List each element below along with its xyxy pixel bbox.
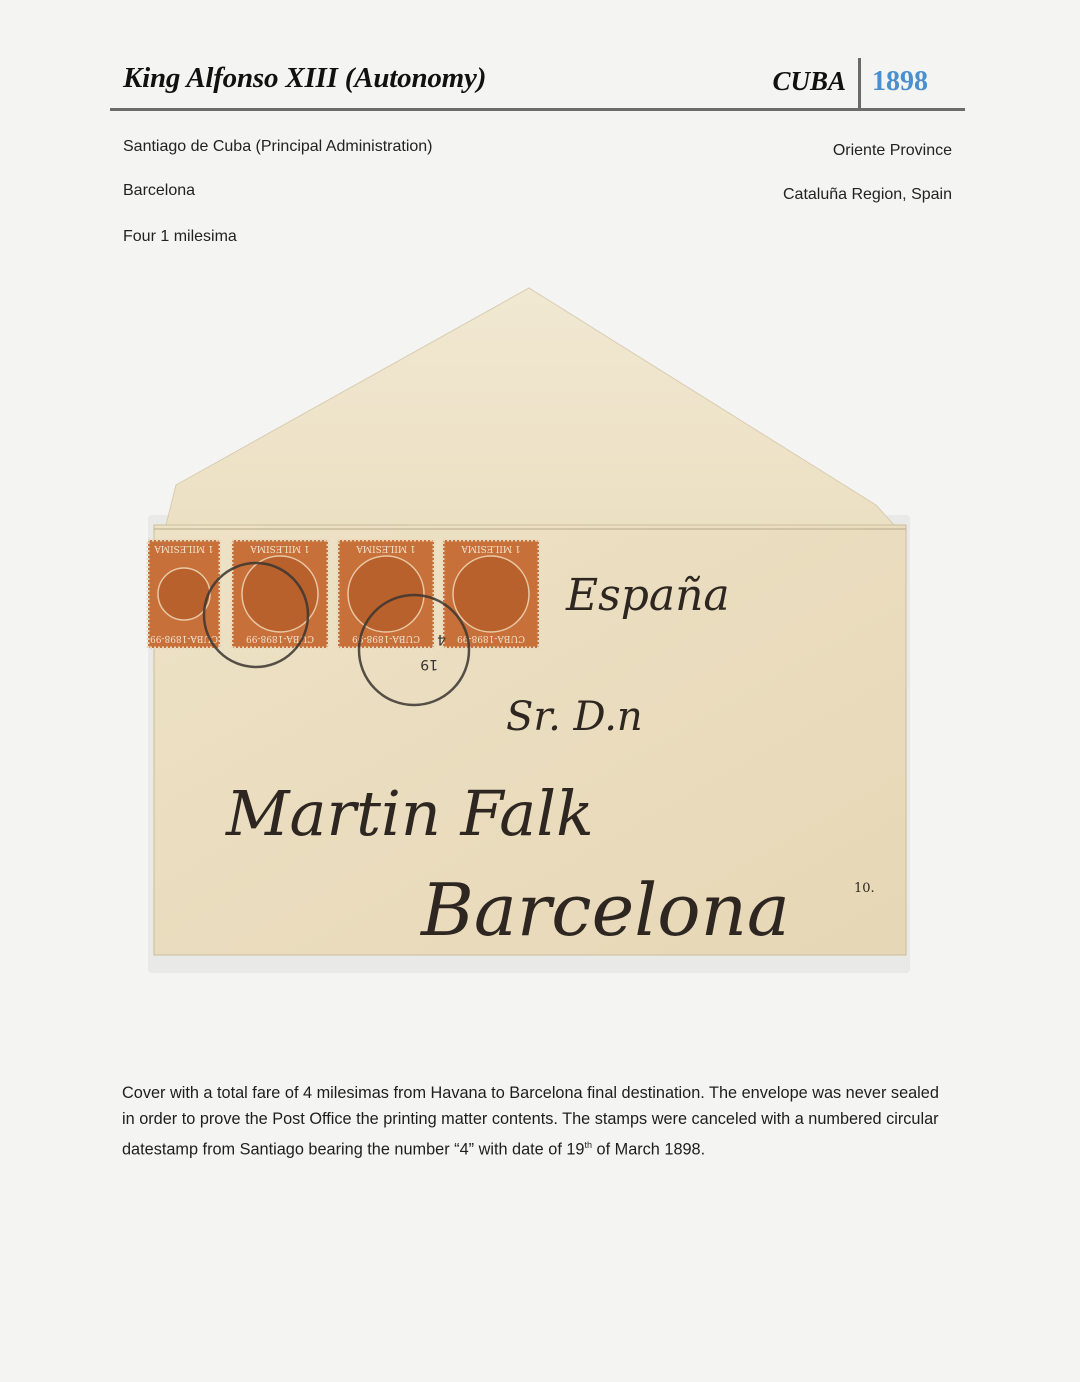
country-label: CUBA (772, 66, 846, 97)
header-divider (858, 58, 861, 110)
envelope-image: 1 MILESIMACUBA-1898-991 MILESIMACUBA-189… (146, 285, 912, 975)
envelope-cover: 1 MILESIMACUBA-1898-991 MILESIMACUBA-189… (146, 285, 912, 975)
address-country: España (565, 570, 730, 621)
franking-text: Four 1 milesima (123, 228, 237, 246)
address-name: Martin Falk (225, 777, 594, 850)
stamp: 1 MILESIMACUBA-1898-99 (338, 540, 434, 648)
address-city: Barcelona (419, 868, 790, 952)
destination-text: Barcelona (123, 182, 195, 200)
pencil-note: 10. (854, 881, 875, 896)
svg-text:1 MILESIMA: 1 MILESIMA (461, 543, 521, 553)
svg-text:1 MILESIMA: 1 MILESIMA (154, 543, 214, 553)
cover-description: Cover with a total fare of 4 milesimas f… (122, 1080, 952, 1162)
postmark-number: 4 (437, 631, 446, 647)
address-salutation: Sr. D.n (506, 694, 643, 740)
origin-text: Santiago de Cuba (Principal Administrati… (123, 138, 433, 156)
svg-text:1 MILESIMA: 1 MILESIMA (250, 543, 310, 553)
destination-region-text: Cataluña Region, Spain (783, 186, 952, 204)
svg-text:1 MILESIMA: 1 MILESIMA (356, 543, 416, 553)
header-rule (110, 108, 965, 111)
stamp: 1 MILESIMACUBA-1898-99 (443, 540, 539, 648)
page-title: King Alfonso XIII (Autonomy) (123, 62, 486, 95)
postmark-day: 19 (420, 656, 438, 672)
origin-region-text: Oriente Province (833, 142, 952, 160)
year-label: 1898 (872, 66, 928, 98)
stamp: 1 MILESIMACUBA-1898-99 (232, 540, 328, 648)
